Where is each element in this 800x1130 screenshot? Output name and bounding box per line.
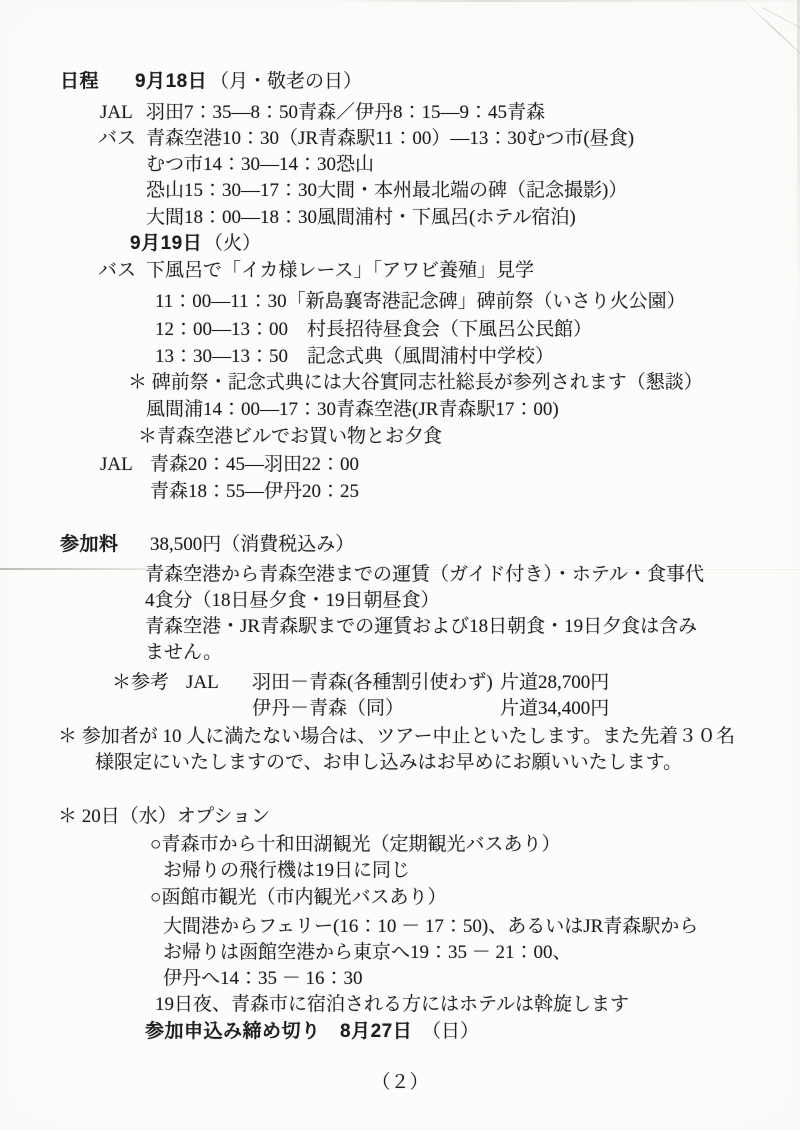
day1-bus-line2: むつ市14：30―14：30恐山 bbox=[146, 153, 374, 177]
fee-reference-route1: 羽田－青森(各種割引使わず) bbox=[252, 671, 493, 695]
option2-note-itami: 伊丹へ14：35 － 16：30 bbox=[163, 967, 363, 991]
fee-reference-carrier: JAL bbox=[186, 671, 219, 695]
day1-date-note: （月・敬老の日） bbox=[210, 70, 362, 94]
fee-reference-price2: 片道34,400円 bbox=[500, 697, 609, 721]
day2-jal-label: JAL bbox=[100, 453, 133, 477]
day2-remark-airport: ＊青森空港ビルでお買い物とお夕食 bbox=[138, 425, 442, 449]
day2-bus-line2: 風間浦14：00―17：30青森空港(JR青森駅17：00) bbox=[146, 398, 559, 422]
option1-towadako: ○青森市から十和田湖観光（定期観光バスあり） bbox=[150, 833, 560, 857]
day2-event1: 11：00―11：30「新島襄寄港記念碑」碑前祭（いさり火公園） bbox=[155, 290, 686, 314]
day1-bus-label: バス bbox=[98, 127, 136, 151]
cancel-policy-line1: ＊ 参加者が 10 人に満たない場合は、ツアー中止といたします。また先着３０名 bbox=[58, 725, 735, 749]
day2-event2: 12：00―13：00 村長招待昼食会（下風呂公民館） bbox=[155, 318, 592, 342]
page-number: （２） bbox=[0, 1071, 800, 1095]
day1-jal-route: 羽田7：35―8：50青森／伊丹8：15―9：45青森 bbox=[146, 101, 545, 125]
fee-amount: 38,500円（消費税込み） bbox=[150, 533, 354, 557]
scanned-itinerary-page: 日程 9月18日 （月・敬老の日） JAL 羽田7：35―8：50青森／伊丹8：… bbox=[0, 0, 800, 1130]
day2-date: 9月19日 bbox=[130, 232, 202, 256]
day2-bus-label: バス bbox=[98, 259, 136, 283]
day2-jal-route2: 青森18：55―伊丹20：25 bbox=[150, 480, 359, 504]
day2-jal-route1: 青森20：45―羽田22：00 bbox=[150, 453, 359, 477]
option1-note: お帰りの飛行機は19日に同じ bbox=[163, 859, 410, 883]
day2-remark-ceremony: ＊ 碑前祭・記念式典には大谷實同志社総長が参列されます（懇談） bbox=[128, 371, 703, 395]
day2-event3: 13：30―13：50 記念式典（風間浦村中学校） bbox=[155, 345, 554, 369]
fee-excludes-line1: 青森空港・JR青森駅までの運賃および18日朝食・19日夕食は含み bbox=[145, 615, 697, 639]
option2-note-tokyo: お帰りは函館空港から東京へ19：35 － 21：00、 bbox=[163, 941, 572, 965]
fee-excludes-line2: ません。 bbox=[145, 641, 222, 665]
deadline-day-note: （日） bbox=[422, 1020, 479, 1044]
day1-bus-line1: 青森空港10：30（JR青森駅11：00）―13：30むつ市(昼食) bbox=[146, 127, 634, 151]
hotel-arrangement-note: 19日夜、青森市に宿泊される方にはホテルは斡旋します bbox=[155, 993, 629, 1017]
cancel-policy-line2: 様限定にいたしますので、お申し込みはお早めにお願いいたします。 bbox=[95, 751, 682, 775]
fee-heading: 参加料 bbox=[60, 533, 119, 557]
day1-bus-line3: 恐山15：30―17：30大間・本州最北端の碑（記念撮影)） bbox=[146, 179, 627, 203]
fee-reference-route2: 伊丹－青森（同） bbox=[252, 697, 404, 721]
day2-date-note: （火） bbox=[204, 232, 261, 256]
fee-includes-line2: 4食分（18日昼夕食・19日朝昼食） bbox=[145, 589, 440, 613]
deadline-date: 8月27日 bbox=[340, 1020, 412, 1044]
fee-reference-price1: 片道28,700円 bbox=[500, 671, 609, 695]
day2-bus-line1: 下風呂で「イカ様レース」「アワビ養殖」見学 bbox=[146, 259, 534, 283]
day1-bus-line4: 大間18：00―18：30風間浦村・下風呂(ホテル宿泊) bbox=[146, 206, 576, 230]
schedule-heading: 日程 bbox=[60, 70, 99, 94]
option2-note-ferry: 大間港からフェリー(16：10 － 17：50)、あるいはJR青森駅から bbox=[163, 915, 698, 939]
deadline-label: 参加申込み締め切り bbox=[145, 1020, 321, 1044]
options-heading: ＊ 20日（水）オプション bbox=[58, 805, 270, 829]
scan-crease-topright-2 bbox=[762, 7, 800, 29]
day1-date: 9月18日 bbox=[135, 70, 207, 94]
scan-edge-top bbox=[0, 0, 800, 2]
option2-hakodate: ○函館市観光（市内観光バスあり） bbox=[150, 886, 446, 910]
fee-reference-label: ＊参考 bbox=[112, 671, 169, 695]
scan-crease-topright bbox=[741, 0, 800, 67]
scan-fold-line-left bbox=[0, 568, 146, 570]
fee-includes-line1: 青森空港から青森空港までの運賃（ガイド付き）・ホテル・食事代 bbox=[145, 563, 704, 587]
day1-jal-label: JAL bbox=[100, 101, 133, 125]
